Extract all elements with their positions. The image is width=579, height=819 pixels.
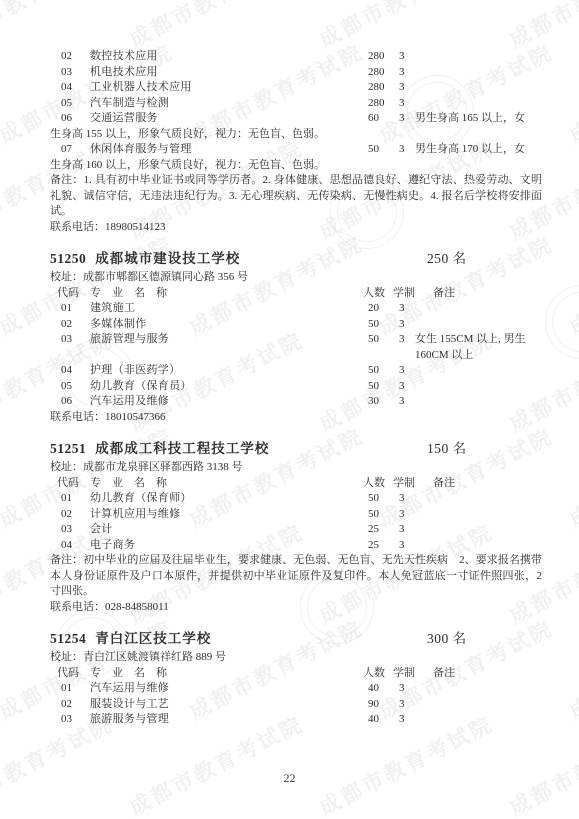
note-overflow-line: 生身高 155 以上，形象气质良好，视力：无色盲、色弱。: [50, 127, 542, 143]
major-row: 02 计算机应用与维修 50 3: [50, 507, 542, 523]
school-phone: 联系电话：18980514123: [50, 220, 542, 236]
major-name: 幼儿教育（保育师）: [90, 491, 368, 507]
major-row: 05 幼儿教育（保育员） 50 3: [50, 379, 542, 395]
major-code: 03: [50, 712, 90, 728]
major-code: 05: [50, 379, 90, 395]
school-name: 成都成工科技工程技工学校: [95, 441, 269, 456]
watermark-text: 成都市教育考试院: [564, 36, 579, 150]
column-header-code: 代码: [50, 286, 83, 302]
school-code: 51254: [50, 631, 86, 646]
major-count: 50: [368, 379, 399, 395]
watermark-text: 成都市教育考试院: [0, 0, 118, 54]
column-header-major: 专 业 名 称: [83, 286, 363, 302]
schools: 02 数控技术应用 280 3 03 机电技术应用 280 3 04 工业机器人…: [50, 49, 542, 728]
major-row: 03 机电技术应用 280 3: [50, 65, 542, 81]
major-years: 3: [399, 681, 415, 697]
major-years: 3: [399, 363, 415, 379]
major-count: 40: [368, 681, 399, 697]
table-header: 代码 专 业 名 称 人数 学制 备注: [50, 476, 542, 492]
school-section: 51254青白江区技工学校 300 名 校址：青白江区姚渡镇祥红路 889 号 …: [50, 628, 542, 728]
major-years: 3: [399, 96, 415, 112]
major-name: 休闲体育服务与管理: [90, 142, 368, 158]
major-years: 3: [399, 394, 415, 410]
major-name: 会计: [90, 522, 368, 538]
school-heading: 51251成都成工科技工程技工学校 150 名: [50, 438, 542, 460]
major-row: 04 护理（非医药学） 50 3: [50, 363, 542, 379]
note-overflow-line: 生身高 160 以上，形象气质良好，视力：无色盲、色弱。: [50, 158, 542, 174]
column-header-code: 代码: [50, 476, 83, 492]
major-name: 服装设计与工艺: [90, 697, 368, 713]
watermark-text: 成都市教育考试院: [314, 0, 499, 54]
major-name: 多媒体制作: [90, 317, 368, 333]
watermark-stamp-circle: [545, 285, 579, 359]
major-name: 旅游服务与管理: [90, 712, 368, 728]
school-heading: 51250成都城市建设技工学校 250 名: [50, 248, 542, 270]
major-row: 01 建筑施工 20 3: [50, 301, 542, 317]
major-name: 建筑施工: [90, 301, 368, 317]
major-years: 3: [399, 697, 415, 713]
major-years: 3: [399, 712, 415, 728]
major-years: 3: [399, 301, 415, 317]
major-name: 汽车运用及维修: [90, 394, 368, 410]
major-code: 02: [50, 507, 90, 523]
major-count: 30: [368, 394, 399, 410]
major-code: 06: [50, 394, 90, 410]
major-count: 280: [368, 80, 399, 96]
watermark-text: 成都市教育考试院: [124, 0, 309, 54]
school-name: 青白江区技工学校: [95, 631, 211, 646]
major-name: 数控技术应用: [90, 49, 368, 65]
major-name: 汽车运用与维修: [90, 681, 368, 697]
school-code: 51250: [50, 251, 86, 266]
school-phone: 联系电话：18010547366: [50, 410, 542, 426]
major-count: 60: [368, 111, 399, 127]
column-header-count: 人数: [363, 666, 393, 682]
major-code: 02: [50, 49, 90, 65]
watermark-text: 成都市教育考试院: [504, 0, 579, 54]
major-years: 3: [399, 379, 415, 395]
school-quota: 300 名: [427, 628, 467, 650]
column-header-code: 代码: [50, 666, 83, 682]
watermark-text: 成都市教育考试院: [564, 612, 579, 726]
major-name: 计算机应用与维修: [90, 507, 368, 523]
major-name: 机电技术应用: [90, 65, 368, 81]
major-count: 40: [368, 712, 399, 728]
major-years: 3: [399, 332, 415, 348]
column-header-note: 备注: [433, 666, 542, 682]
school-quota: 150 名: [427, 438, 467, 460]
major-name: 电子商务: [90, 538, 368, 554]
major-rows: 01 汽车运用与维修 40 3 02 服装设计与工艺 90 3 03 旅游服务与…: [50, 681, 542, 728]
major-years: 3: [399, 80, 415, 96]
major-years: 3: [399, 111, 415, 127]
major-years: 3: [399, 538, 415, 554]
major-count: 50: [368, 332, 399, 348]
column-header-count: 人数: [363, 286, 393, 302]
column-header-major: 专 业 名 称: [83, 476, 363, 492]
major-count: 50: [368, 317, 399, 333]
major-code: 03: [50, 65, 90, 81]
major-name: 工业机器人技术应用: [90, 80, 368, 96]
major-code: 03: [50, 332, 90, 348]
school-remark: 备注：初中毕业的应届及往届毕业生，要求健康、无色弱、无色盲、无先天性疾病 2、要…: [50, 553, 542, 600]
watermark-text: 成都市教育考试院: [564, 420, 579, 534]
major-count: 50: [368, 491, 399, 507]
page-number: 22: [0, 771, 579, 786]
major-row: 03 会计 25 3: [50, 522, 542, 538]
major-row: 01 幼儿教育（保育师） 50 3: [50, 491, 542, 507]
major-code: 04: [50, 363, 90, 379]
column-header-years: 学制: [393, 666, 433, 682]
major-count: 20: [368, 301, 399, 317]
major-code: 02: [50, 317, 90, 333]
major-row: 07 休闲体育服务与管理 50 3 男生身高 170 以上，女: [50, 142, 542, 158]
school-name: 成都城市建设技工学校: [95, 251, 240, 266]
major-years: 3: [399, 49, 415, 65]
major-row: 04 工业机器人技术应用 280 3: [50, 80, 542, 96]
major-code: 03: [50, 522, 90, 538]
major-count: 280: [368, 96, 399, 112]
column-header-years: 学制: [393, 476, 433, 492]
school-code: 51251: [50, 441, 86, 456]
school-phone: 联系电话：028-84858011: [50, 600, 542, 616]
watermark-text: 成都市教育考试院: [564, 228, 579, 342]
major-row: 03 旅游管理与服务 50 3 女生 155CM 以上, 男生160CM 以上: [50, 332, 542, 363]
major-years: 3: [399, 522, 415, 538]
major-count: 280: [368, 65, 399, 81]
major-years: 3: [399, 491, 415, 507]
major-row: 04 电子商务 25 3: [50, 538, 542, 554]
major-code: 01: [50, 301, 90, 317]
major-count: 50: [368, 142, 399, 158]
column-header-count: 人数: [363, 476, 393, 492]
major-years: 3: [399, 142, 415, 158]
major-code: 01: [50, 681, 90, 697]
major-note: 男生身高 170 以上，女: [415, 142, 542, 158]
major-row: 02 数控技术应用 280 3: [50, 49, 542, 65]
major-name: 旅游管理与服务: [90, 332, 368, 348]
major-name: 护理（非医药学）: [90, 363, 368, 379]
major-rows: 01 幼儿教育（保育师） 50 3 02 计算机应用与维修 50 3 03 会计…: [50, 491, 542, 553]
major-row: 05 汽车制造与检测 280 3: [50, 96, 542, 112]
major-code: 02: [50, 697, 90, 713]
column-header-years: 学制: [393, 286, 433, 302]
document-page: 成都市教育考试院成都市教育考试院成都市教育考试院成都市教育考试院成都市教育考试院…: [0, 0, 579, 819]
school-address: 校址：成都市龙泉驿区驿都西路 3138 号: [50, 460, 542, 476]
major-count: 25: [368, 522, 399, 538]
major-row: 02 服装设计与工艺 90 3: [50, 697, 542, 713]
major-code: 05: [50, 96, 90, 112]
major-count: 50: [368, 363, 399, 379]
major-count: 25: [368, 538, 399, 554]
major-years: 3: [399, 507, 415, 523]
major-row: 06 汽车运用及维修 30 3: [50, 394, 542, 410]
column-header-note: 备注: [433, 286, 542, 302]
major-note: 女生 155CM 以上, 男生160CM 以上: [415, 332, 542, 363]
table-header: 代码 专 业 名 称 人数 学制 备注: [50, 286, 542, 302]
column-header-note: 备注: [433, 476, 542, 492]
major-count: 90: [368, 697, 399, 713]
school-section: 51251成都成工科技工程技工学校 150 名 校址：成都市龙泉驿区驿都西路 3…: [50, 438, 542, 615]
major-code: 04: [50, 538, 90, 554]
major-row: 03 旅游服务与管理 40 3: [50, 712, 542, 728]
school-heading: 51254青白江区技工学校 300 名: [50, 628, 542, 650]
major-rows: 02 数控技术应用 280 3 03 机电技术应用 280 3 04 工业机器人…: [50, 49, 542, 173]
major-name: 交通运营服务: [90, 111, 368, 127]
school-section: 02 数控技术应用 280 3 03 机电技术应用 280 3 04 工业机器人…: [50, 49, 542, 235]
major-code: 01: [50, 491, 90, 507]
major-row: 06 交通运营服务 60 3 男生身高 165 以上，女: [50, 111, 542, 127]
major-code: 06: [50, 111, 90, 127]
school-remark: 备注：1. 具有初中毕业证书或同等学历者。2. 身体健康、思想品德良好、遵纪守法…: [50, 173, 542, 220]
major-code: 04: [50, 80, 90, 96]
column-header-major: 专 业 名 称: [83, 666, 363, 682]
major-name: 幼儿教育（保育员）: [90, 379, 368, 395]
school-quota: 250 名: [427, 248, 467, 270]
major-years: 3: [399, 317, 415, 333]
major-row: 01 汽车运用与维修 40 3: [50, 681, 542, 697]
major-years: 3: [399, 65, 415, 81]
major-name: 汽车制造与检测: [90, 96, 368, 112]
major-count: 50: [368, 507, 399, 523]
major-count: 280: [368, 49, 399, 65]
major-code: 07: [50, 142, 90, 158]
school-address: 校址：成都市郫都区德源镇同心路 356 号: [50, 270, 542, 286]
school-section: 51250成都城市建设技工学校 250 名 校址：成都市郫都区德源镇同心路 35…: [50, 248, 542, 425]
major-rows: 01 建筑施工 20 3 02 多媒体制作 50 3 03 旅游管理与服务 50…: [50, 301, 542, 410]
school-address: 校址：青白江区姚渡镇祥红路 889 号: [50, 650, 542, 666]
major-row: 02 多媒体制作 50 3: [50, 317, 542, 333]
major-note: 男生身高 165 以上，女: [415, 111, 542, 127]
table-header: 代码 专 业 名 称 人数 学制 备注: [50, 666, 542, 682]
